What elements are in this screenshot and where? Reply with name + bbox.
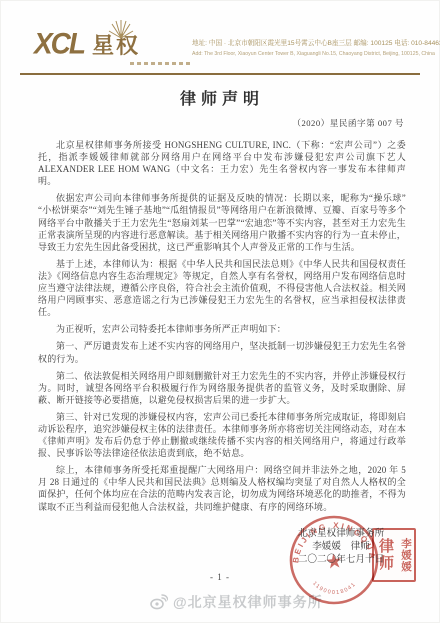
letterhead: XCL 星权 地址: 中国 · 北京市朝阳区霞光里15号霄云中心B座三层 邮编:… <box>34 20 418 68</box>
paragraph-intro: 北京星权律师事务所接受 HONGSHENG CULTURE, INC.（下称：“… <box>38 139 406 187</box>
paragraph-conclusion: 综上，本律师事务所受托郑重提醒广大网络用户：网络空间并非法外之地，2020 年 … <box>38 464 406 512</box>
firm-address-english: Add: The 3rd Floor, Xiaoyun Center Tower… <box>192 50 440 59</box>
signature-block: 北京星权律师事务所 李媛媛 律师 二〇二〇年七月十日 <box>272 528 410 566</box>
logo-tagline-marks <box>130 62 192 65</box>
signature-lawyer-name: 李媛媛 律师 <box>272 541 410 554</box>
letterhead-divider <box>20 73 420 75</box>
paragraph-point-one: 第一、严厉谴责发布上述不实内容的网络用户，坚决抵制一切涉嫌侵犯王力宏先生名誉权的… <box>38 340 406 364</box>
signature-firm-name: 北京星权律师事务所 <box>272 528 410 541</box>
statement-title: 律师声明 <box>38 86 406 109</box>
reference-number: （2020）星民函字第 007 号 <box>38 117 404 129</box>
paragraph-facts: 依据宏声公司向本律师事务所提供的证据及反映的情况：长期以来，昵称为“操乐球”“小… <box>38 192 406 252</box>
svg-text:11900018041: 11900018041 <box>311 576 359 598</box>
paragraph-point-two: 第二、依法敦促相关网络用户即刻删撤针对王力宏先生的不实内容，并停止涉嫌侵权行为。… <box>38 370 406 406</box>
logo-latin-text: XCL <box>34 29 84 58</box>
weibo-icon <box>150 594 168 610</box>
paragraph-declaration-lead: 为正视听，宏声公司特委托本律师事务所严正声明如下： <box>38 323 406 335</box>
firm-address-block: 地址: 中国 · 北京市朝阳区霞光里15号霄云中心B座三层 邮编: 100125… <box>192 29 440 59</box>
round-seal-serial: 11900018041 <box>311 576 359 598</box>
paragraph-point-three: 第三、针对已发现的涉嫌侵权内容，宏声公司已委托本律师事务所完成取证，将即刻启动诉… <box>38 411 406 459</box>
firm-logo: XCL 星权 <box>34 30 192 58</box>
statement-body: 律师声明 （2020）星民函字第 007 号 北京星权律师事务所接受 HONGS… <box>38 86 406 518</box>
starburst-icon <box>108 18 134 40</box>
lawyer-statement-page: XCL 星权 地址: 中国 · 北京市朝阳区霞光里15号霄云中心B座三层 邮编:… <box>0 0 440 623</box>
paragraph-legal-basis: 基于上述，本律师认为：根据《中华人民共和国民法总则》《中华人民共和国侵权责任法》… <box>38 258 406 318</box>
firm-address-chinese: 地址: 中国 · 北京市朝阳区霞光里15号霄云中心B座三层 邮编: 100125… <box>192 39 440 48</box>
signature-date: 二〇二〇年七月十日 <box>272 554 410 567</box>
